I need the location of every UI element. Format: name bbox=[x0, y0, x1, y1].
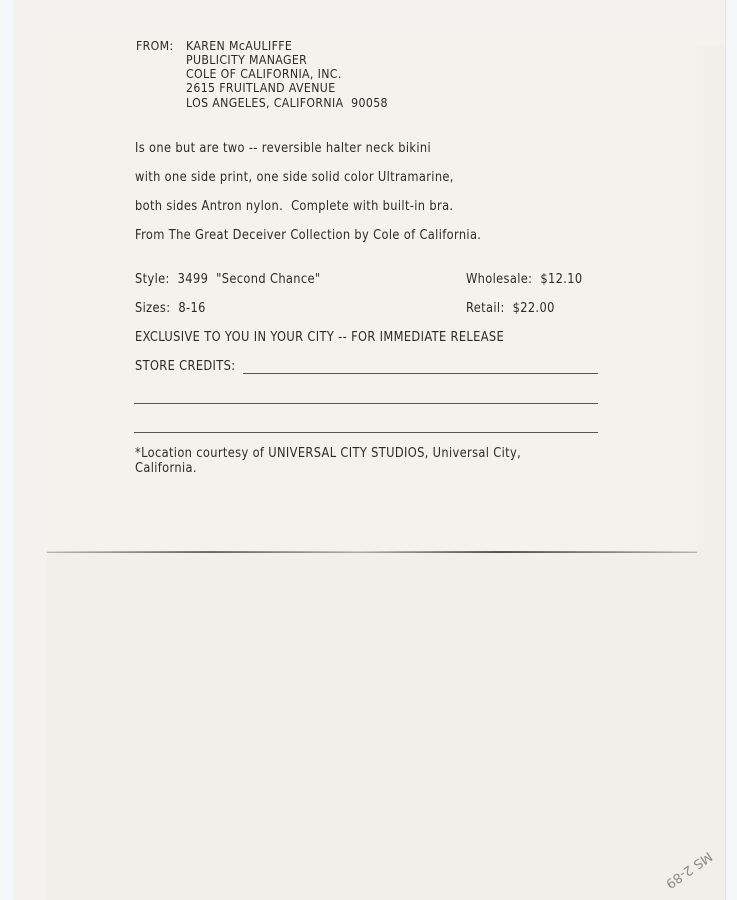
store-credits-line bbox=[243, 373, 598, 374]
description-line: with one side print, one side solid colo… bbox=[135, 170, 454, 185]
footnote-line: *Location courtesy of UNIVERSAL CITY STU… bbox=[135, 446, 521, 461]
note-edge-shadow bbox=[47, 551, 697, 553]
style-info: Style: 3499 "Second Chance" bbox=[135, 272, 321, 287]
from-label: FROM: bbox=[136, 38, 174, 53]
sender-name: KAREN McAULIFFE bbox=[186, 38, 292, 53]
store-credits-line bbox=[134, 432, 598, 433]
sender-street: 2615 FRUITLAND AVENUE bbox=[186, 80, 336, 95]
description-line: both sides Antron nylon. Complete with b… bbox=[135, 199, 453, 214]
store-credits-line bbox=[134, 403, 598, 404]
sender-city: LOS ANGELES, CALIFORNIA 90058 bbox=[186, 95, 388, 110]
footnote-line: California. bbox=[135, 461, 197, 476]
wholesale-price: Wholesale: $12.10 bbox=[466, 272, 582, 287]
sizes-info: Sizes: 8-16 bbox=[135, 301, 206, 316]
retail-price: Retail: $22.00 bbox=[466, 301, 555, 316]
store-credits-label: STORE CREDITS: bbox=[135, 359, 235, 374]
description-line: Is one but are two -- reversible halter … bbox=[135, 141, 431, 156]
sender-title: PUBLICITY MANAGER bbox=[186, 52, 307, 67]
description-line: From The Great Deceiver Collection by Co… bbox=[135, 228, 481, 243]
sender-company: COLE OF CALIFORNIA, INC. bbox=[186, 66, 342, 81]
exclusive-release: EXCLUSIVE TO YOU IN YOUR CITY -- FOR IMM… bbox=[135, 330, 504, 345]
